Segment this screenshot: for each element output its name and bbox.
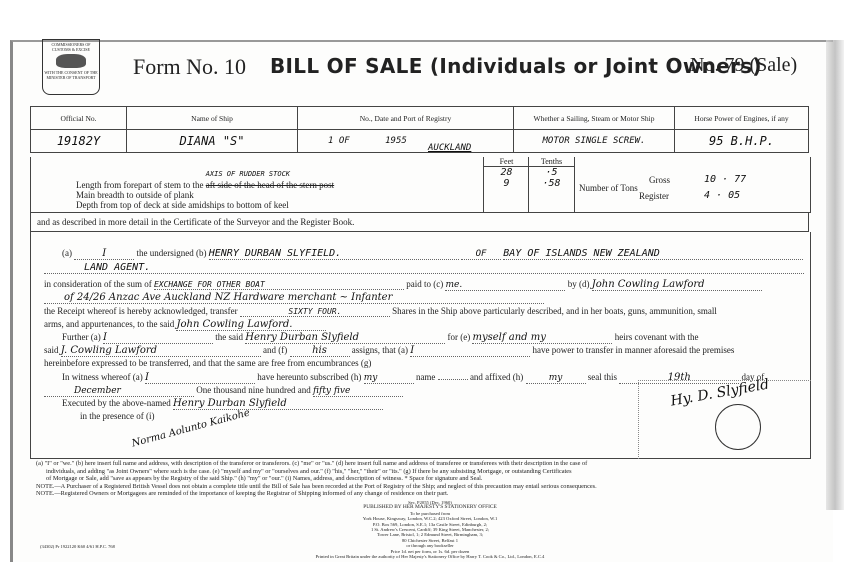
footnote-line: individuals, and adding "as Joint Owners… [36, 468, 806, 476]
transferor-address: BAY OF ISLANDS NEW ZEALAND [503, 248, 803, 260]
said-value: J. Cowling Lawford [61, 345, 261, 357]
length-label: Length from forepart of stem to the [76, 180, 203, 190]
header-horse-power: Horse Power of Engines, if any [675, 107, 809, 130]
document-title: BILL OF SALE (Individuals or Joint Owner… [270, 54, 762, 78]
crest-text-top: COMMISSIONERS OF CUSTOMS & EXCISE [43, 42, 99, 52]
form-number: Form No. 10 [133, 54, 246, 80]
year-value: fifty five [313, 386, 403, 397]
note-purchaser: NOTE.—A Purchaser of a Registered Britis… [36, 483, 806, 491]
print-reference: (34302) Pr 1922120 K60 4/61 H.P.C. 768 [40, 544, 115, 549]
registry-port: AUCKLAND [428, 143, 471, 153]
length-tenths: ·5 [529, 167, 574, 178]
table-value-row: 19182Y DIANA "S" 1 OF 1955 AUCKLAND MOTO… [31, 130, 809, 153]
register-value: 4 · 05 [704, 190, 740, 201]
header-ship-type: Whether a Sailing, Steam or Motor Ship [514, 107, 675, 130]
length-row: Length from forepart of stem to the aft … [76, 180, 334, 190]
consideration-value: EXCHANGE FOR OTHER BOAT [154, 280, 404, 290]
table-header-row: Official No. Name of Ship No., Date and … [31, 107, 809, 130]
transferor-occupation: LAND AGENT. [44, 262, 804, 274]
publisher-imprint: Sec. P2055 (Dec. 1960) PUBLISHED BY HER … [240, 500, 620, 559]
tenths-column: Tenths ·5 ·58 [528, 157, 575, 212]
crest-text-bottom: WITH THE CONSENT OF THE MINISTER OF TRAN… [43, 70, 99, 80]
depth-label: Depth from top of deck at side amidships… [76, 200, 289, 210]
gross-value: 10 · 77 [704, 174, 746, 185]
transferor-pronoun: I [74, 248, 134, 260]
tons-label: Number of Tons [579, 183, 638, 193]
ship-type-value: MOTOR SINGLE SCREW. [514, 130, 675, 153]
register-label: Register [639, 191, 669, 201]
official-no-value: 19182Y [31, 130, 127, 153]
executed-by-value: Henry Durban Slyfield [173, 398, 383, 410]
the-said-value: Henry Durban Slyfield [245, 332, 445, 344]
footnotes: (a) "I" or "we." (b) here insert full na… [36, 460, 806, 498]
transferor-line: (a) I the undersigned (b) HENRY DURBAN S… [62, 248, 803, 260]
seal-circle [715, 404, 761, 450]
gross-label: Gross [649, 175, 670, 185]
breadth-tenths: ·58 [529, 178, 574, 189]
length-struck-text: aft side of the head of the stern post A… [206, 180, 334, 190]
transferee-address-line: of 24/26 Anzac Ave Auckland NZ Hardware … [44, 292, 544, 304]
hereinbefore-line: hereinbefore expressed to be transferred… [44, 358, 371, 368]
consideration-line: in consideration of the sum of EXCHANGE … [44, 279, 762, 291]
further-line: Further (a) I the said Henry Durban Slyf… [62, 332, 698, 344]
occupation-line: LAND AGENT. [44, 262, 804, 274]
breadth-label: Main breadth to outside of plank [76, 190, 194, 200]
transferor-name: HENRY DURBAN SLYFIELD. [209, 248, 459, 260]
royal-arms-icon [56, 54, 86, 68]
note-owners: NOTE.—Registered Owners or Mortgagees ar… [36, 490, 806, 498]
customs-crest: COMMISSIONERS OF CUSTOMS & EXCISE WITH T… [42, 39, 100, 95]
transferee-name: John Cowling Lawford [592, 279, 762, 291]
registry-year: 1955 [385, 136, 407, 146]
footnote-line: of Mortgage or Sale, add "save as appear… [36, 475, 806, 483]
receipt-line: the Receipt whereof is hereby acknowledg… [44, 306, 717, 317]
ship-details-table: Official No. Name of Ship No., Date and … [30, 106, 809, 153]
for-e-value: myself and my [472, 332, 612, 344]
footnote-line: (a) "I" or "we." (b) here insert full na… [36, 460, 806, 468]
header-official-no: Official No. [31, 107, 127, 130]
breadth-feet: 9 [484, 178, 529, 189]
said-line: said J. Cowling Lawford and (f) his assi… [44, 345, 734, 357]
feet-column: Feet 28 9 [483, 157, 529, 212]
horse-power-value: 95 B.H.P. [675, 130, 809, 153]
header-registry: No., Date and Port of Registry [298, 107, 514, 130]
sale-number: No. 79 (Sale) [690, 54, 797, 77]
dimensions-section: Length from forepart of stem to the aft … [30, 157, 811, 213]
feet-tenths-columns: Feet 28 9 Tenths ·5 ·58 [483, 157, 573, 212]
shares-value: SIXTY FOUR. [240, 307, 390, 317]
executed-line: Executed by the above-named Henry Durban… [62, 398, 383, 410]
month-value: December [44, 386, 194, 397]
registry-value: 1 OF 1955 AUCKLAND [298, 130, 514, 153]
arms-transferee: John Cowling Lawford. [176, 319, 326, 331]
date-line: December One thousand nine hundred and f… [44, 385, 403, 397]
presence-label: in the presence of (i) [80, 411, 154, 421]
ship-name-value: DIANA "S" [127, 130, 298, 153]
described-text: and as described in more detail in the C… [30, 212, 809, 232]
paper-edge-shadow [826, 40, 844, 510]
registry-number: 1 OF [328, 136, 350, 146]
length-feet: 28 [484, 167, 529, 178]
header-ship-name: Name of Ship [127, 107, 298, 130]
transferee-address: of 24/26 Anzac Ave Auckland NZ Hardware … [44, 292, 544, 304]
paid-to-value: me. [445, 280, 565, 291]
arms-line: arms, and appurtenances, to the said Joh… [44, 319, 326, 331]
length-insert-value: AXIS OF RUDDER STOCK [206, 170, 290, 178]
tonnage-block: Number of Tons Gross 10 · 77 Register 4 … [579, 175, 809, 205]
